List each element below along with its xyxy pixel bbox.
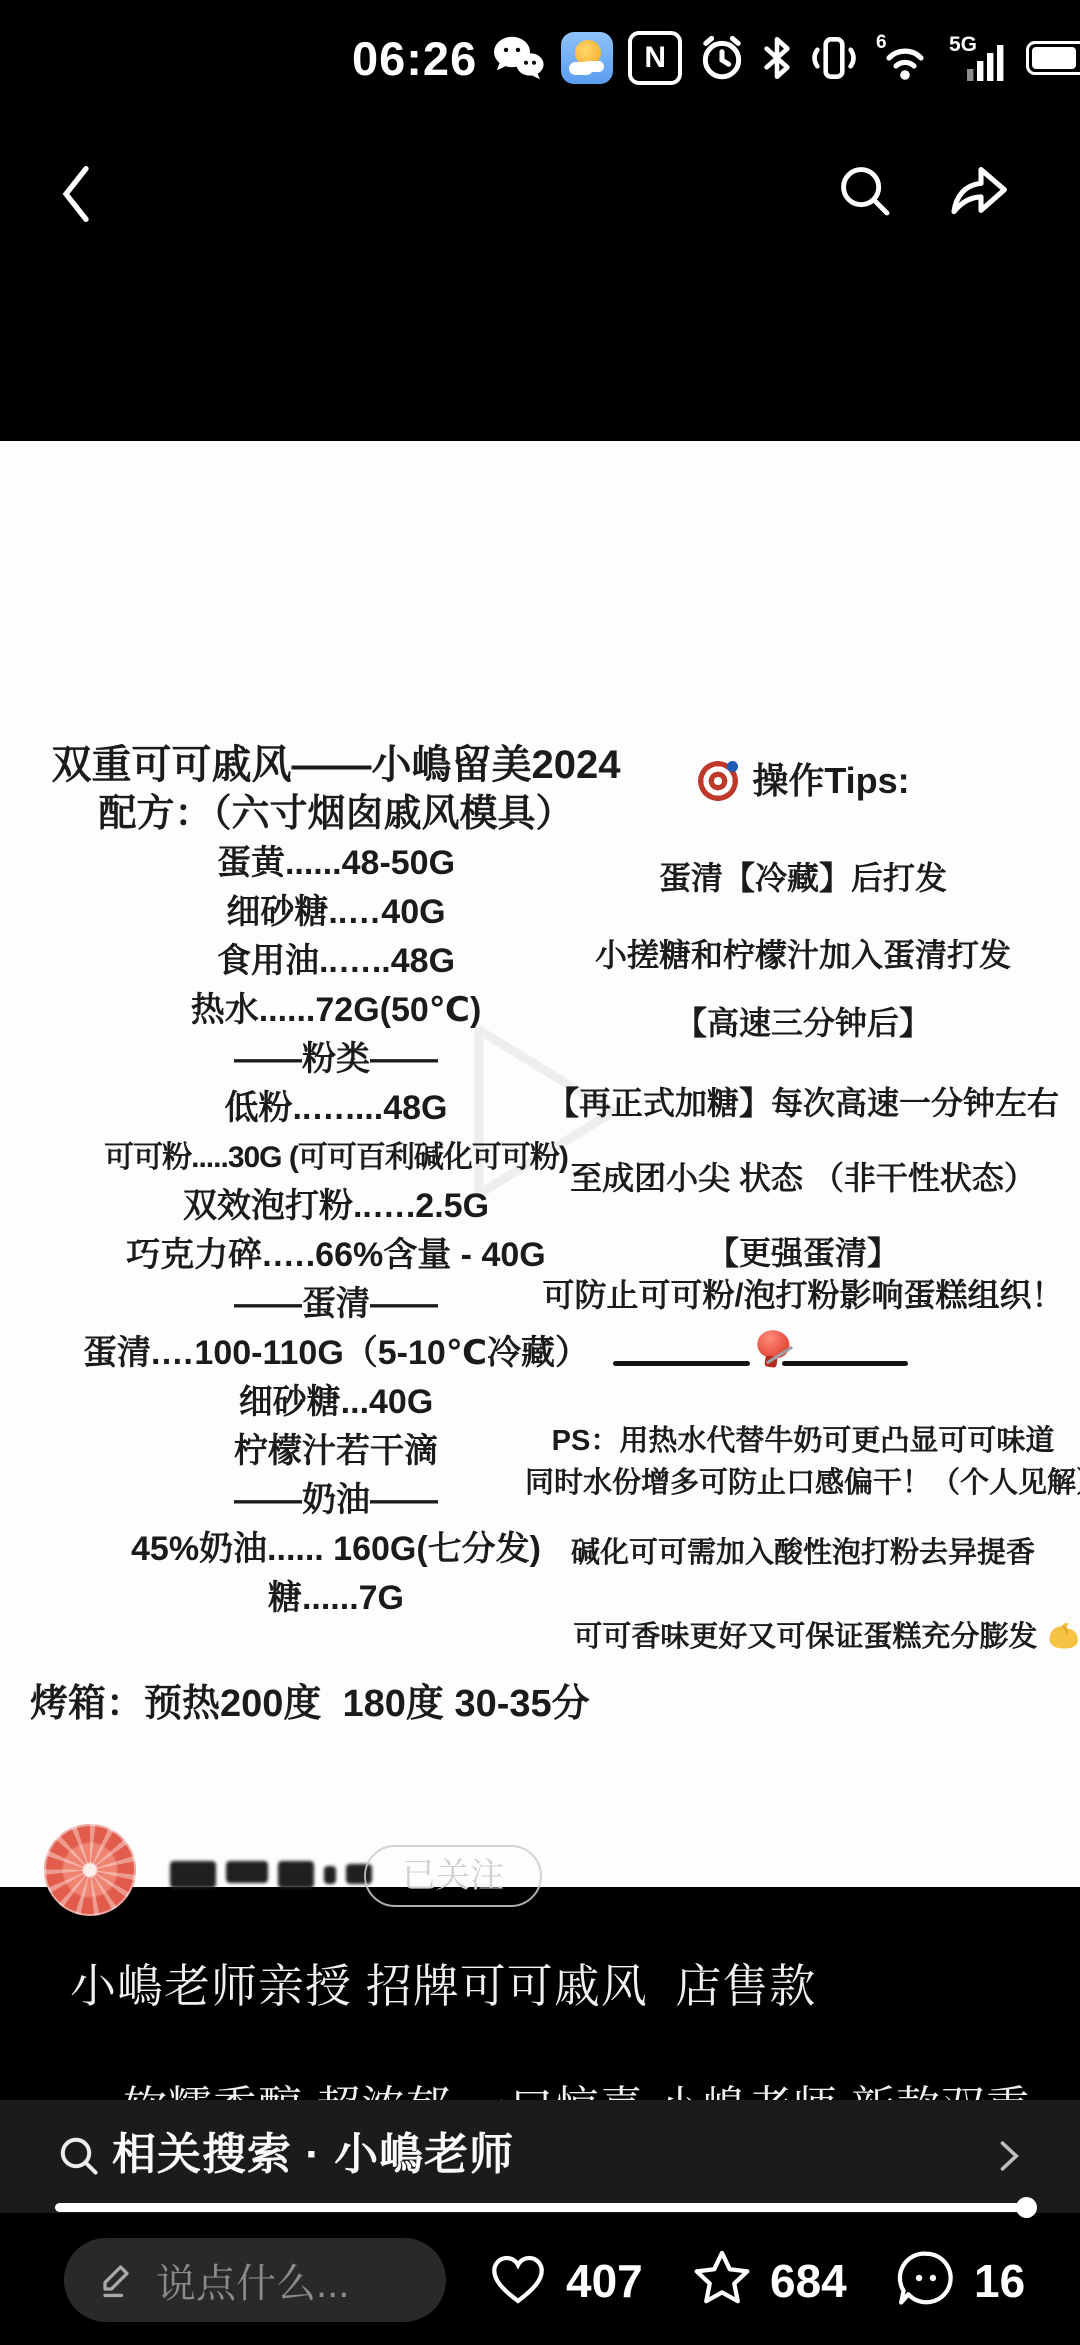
dartboard-emoji [696, 759, 740, 803]
pushpin-emoji [729, 1325, 797, 1397]
tip-line: 可防止可可粉/泡打粉影响蛋糕组织！ [525, 1273, 1080, 1317]
video-progress-handle[interactable] [1016, 2197, 1037, 2218]
tip-line: 【高速三分钟后】 [525, 1001, 1080, 1045]
alarm-icon [697, 33, 747, 83]
back-button[interactable] [46, 158, 110, 233]
video-frame[interactable]: 双重可可戚风——小嶋留美2024 配方：（六寸烟囱戚风模具） 蛋黄......4… [0, 441, 1080, 1887]
tip-line: 【更强蛋清】 [525, 1231, 1080, 1275]
search-icon [834, 210, 896, 225]
tip-ps-line: PS：用热水代替牛奶可更凸显可可味道 [525, 1419, 1080, 1463]
favorite-count: 684 [770, 2254, 847, 2308]
related-search-row[interactable]: 相关搜索 · 小嶋老师 [0, 2100, 1080, 2213]
star-icon [690, 2246, 754, 2315]
divider-line-left [613, 1361, 750, 1366]
oven-instructions: 烤箱：预热200度 180度 30-35分 [30, 1672, 590, 1727]
signal-5g-icon: 5G [949, 31, 1011, 85]
chevron-right-icon [986, 2134, 1030, 2183]
divider-line-right [782, 1361, 908, 1366]
tip-line: 至成团小尖 状态 （非干性状态） [525, 1156, 1080, 1200]
related-search-label: 相关搜索 · 小嶋老师 [112, 2100, 514, 2210]
comment-button[interactable]: 16 [894, 2246, 1025, 2315]
share-button[interactable] [942, 154, 1014, 229]
tip-line: 蛋清【冷藏】后打发 [525, 856, 1080, 900]
tip-ps-line: 可可香味更好又可保证蛋糕充分膨发 [525, 1571, 1080, 1709]
battery-icon [1026, 41, 1080, 75]
vibrate-icon [807, 33, 861, 83]
comment-placeholder: 说点什么... [156, 2252, 349, 2309]
author-username-obscured[interactable] [170, 1861, 372, 1888]
caption-line-1: 小嶋老师亲授 招牌可可戚风 店售款 [70, 1950, 816, 2016]
search-icon [55, 2132, 103, 2185]
like-count: 407 [566, 2254, 643, 2308]
bluetooth-icon [762, 33, 792, 83]
wechat-icon [492, 34, 546, 82]
tip-ps-line: 同时水份增多可防止口感偏干！（个人见解） [525, 1461, 1080, 1505]
clock: 06:26 [352, 31, 477, 86]
wifi-generation: 6 [876, 32, 887, 53]
tip-line: 【再正式加糖】每次高速一分钟左右 [525, 1081, 1080, 1125]
status-bar: 06:26 N [352, 26, 1080, 90]
back-chevron-icon [46, 218, 110, 233]
weather-icon [561, 32, 613, 84]
like-button[interactable]: 407 [486, 2246, 643, 2315]
search-button[interactable] [834, 160, 896, 225]
ingredient-line: 蛋清.…100-110G（5-10℃冷藏） [0, 1329, 672, 1378]
video-progress-bar[interactable] [55, 2203, 1027, 2212]
share-arrow-icon [942, 214, 1014, 229]
comment-bubble-icon [894, 2246, 958, 2315]
flex-biceps-emoji [1045, 1618, 1080, 1665]
tip-line: 小搓糖和柠檬汁加入蛋清打发 [525, 933, 1080, 977]
comment-count: 16 [974, 2254, 1025, 2308]
author-avatar[interactable] [44, 1824, 136, 1916]
tips-header: 操作Tips: [525, 759, 1080, 803]
network-type: 5G [949, 33, 977, 56]
favorite-button[interactable]: 684 [690, 2246, 847, 2315]
heart-icon [486, 2246, 550, 2315]
app-screen: 06:26 N [0, 0, 1080, 2345]
followed-button[interactable]: 已关注 [364, 1845, 542, 1907]
nfc-icon: N [628, 31, 682, 85]
pencil-icon [94, 2256, 138, 2305]
comment-input[interactable]: 说点什么... [64, 2238, 446, 2322]
wifi-6-icon: 6 [876, 31, 934, 85]
tip-ps-line: 碱化可可需加入酸性泡打粉去异提香 [525, 1531, 1080, 1575]
